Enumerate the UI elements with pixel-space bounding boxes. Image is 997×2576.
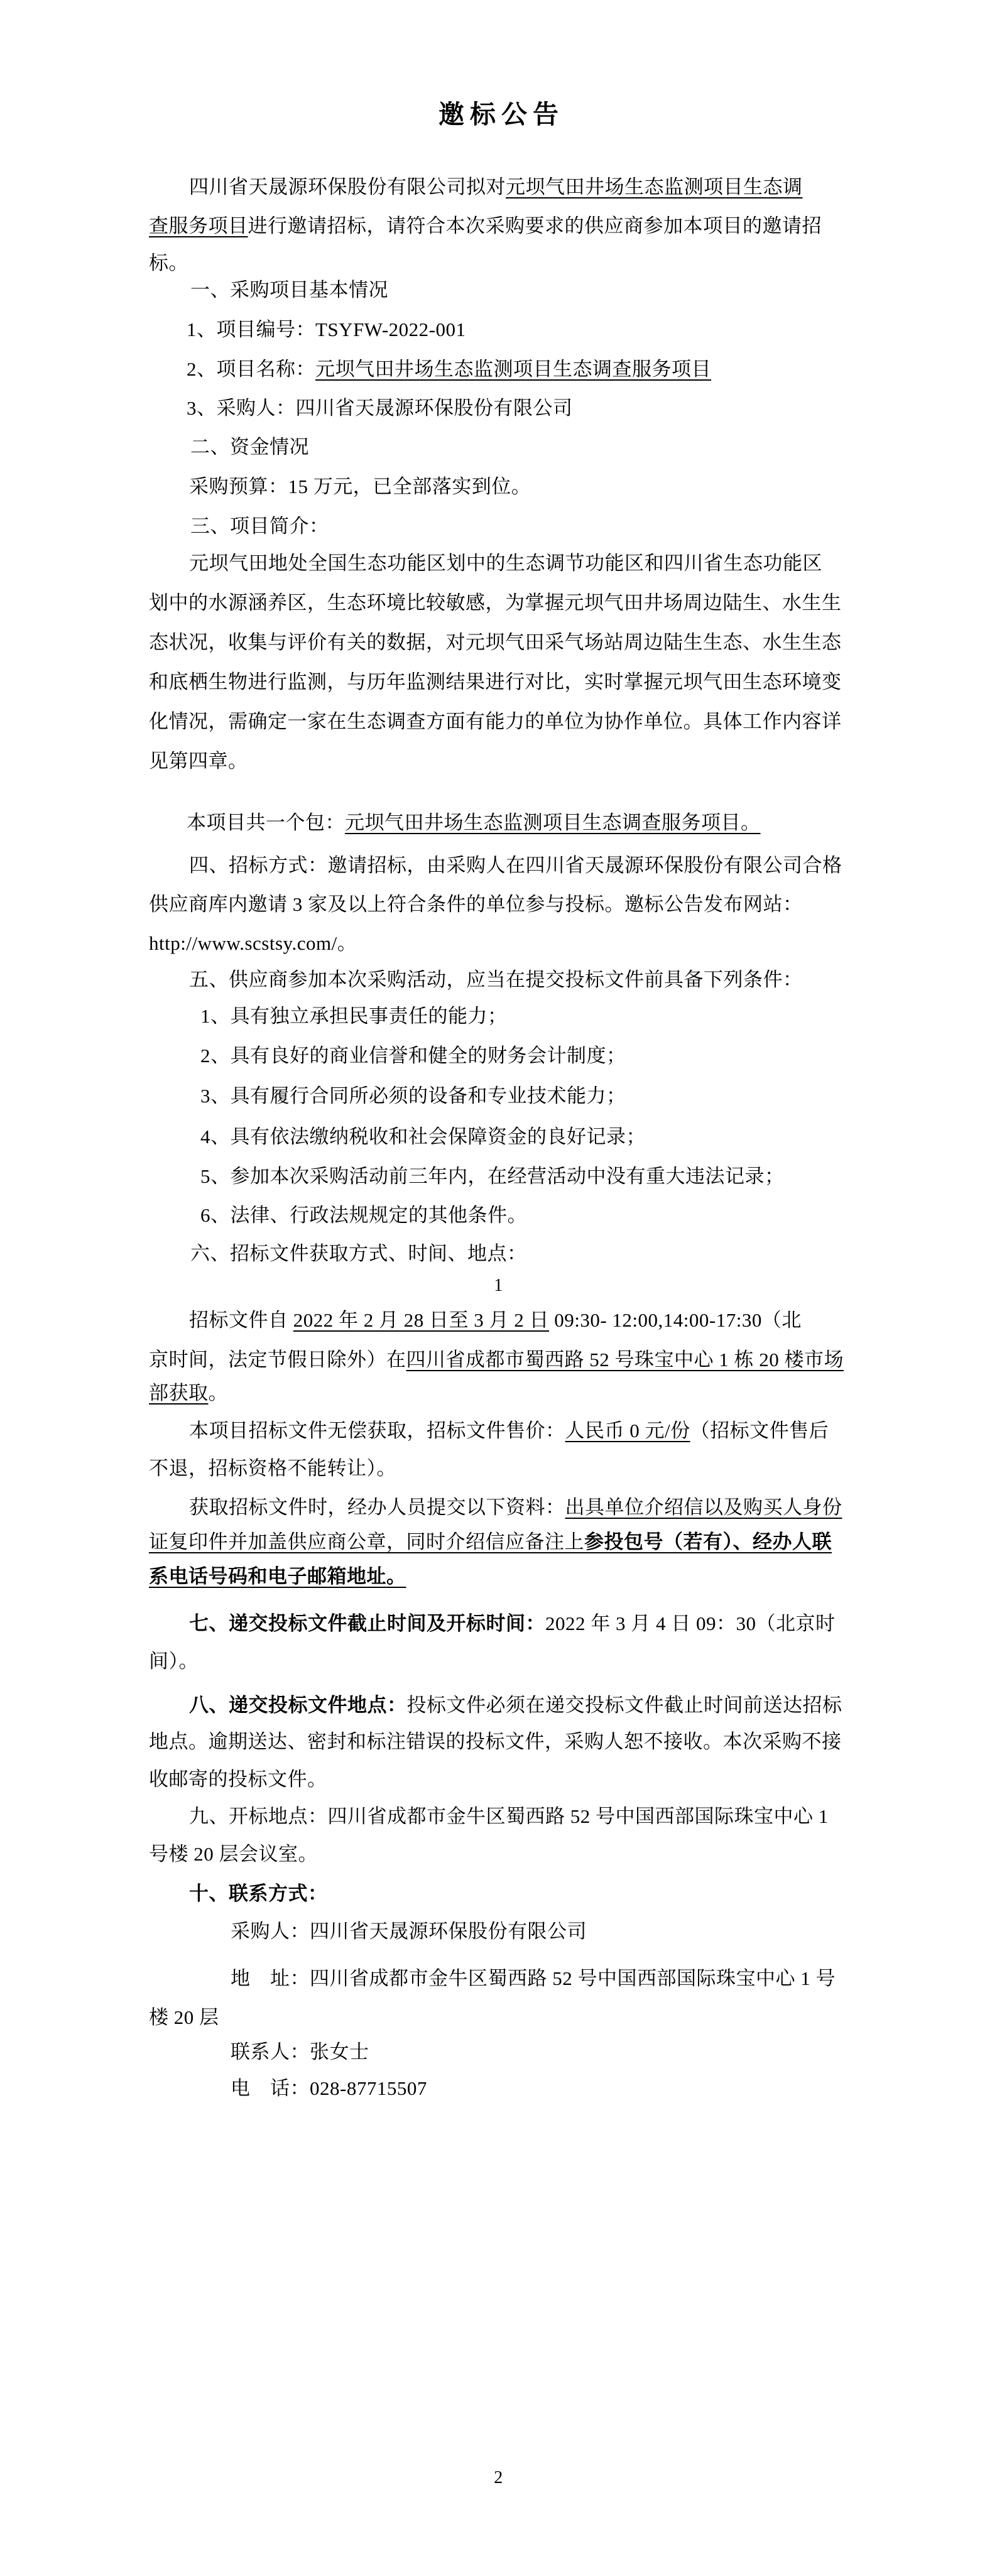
text-segment: 六、招标文件获取方式、时间、地点： [190, 1242, 527, 1264]
text-segment: 四川省天晟源环保股份有限公司拟对 [189, 176, 506, 198]
condition-item-3: 3、具有履行合同所必须的设备和专业技术能力； [149, 1083, 902, 1109]
section-heading-6: 六、招标文件获取方式、时间、地点： [149, 1241, 891, 1267]
item-purchaser: 3、采购人：四川省天晟源环保股份有限公司 [149, 395, 888, 421]
text-line-obtain-2: 京时间，法定节假日除外）在四川省成都市蜀西路 52 号珠宝中心 1 栋 20 楼… [149, 1347, 850, 1373]
text-line-materials-3: 系电话号码和电子邮箱地址。 [149, 1563, 850, 1590]
text-segment: 1 [494, 1276, 503, 1295]
text-segment: 投标文件必须在递交投标文件截止时间前送达招标 [407, 1694, 842, 1716]
text-line-brief-1: 元坝气田地处全国生态功能区划中的生态调节功能区和四川省生态功能区 [149, 550, 890, 577]
section-heading-1: 一、采购项目基本情况 [149, 277, 891, 303]
text-segment: 京时间，法定节假日除外）在 [149, 1349, 406, 1371]
text-segment: 3、采购人：四川省天晟源环保股份有限公司 [187, 397, 573, 419]
text-segment: 3、具有履行合同所必须的设备和专业技术能力； [200, 1085, 626, 1107]
text-segment: 地点。逾期送达、密封和标注错误的投标文件，采购人恕不接收。本次采购不接 [149, 1731, 842, 1753]
text-segment: 2022 年 3 月 4 日 09：30（北京时 [545, 1612, 836, 1634]
text-line-brief-4: 和底栖生物进行监测，与历年监测结果进行对比，实时掌握元坝气田生态环境变 [149, 669, 850, 695]
text-segment: 本项目招标文件无偿获取，招标文件售价： [189, 1420, 565, 1442]
section-heading-9: 九、开标地点：四川省成都市金牛区蜀西路 52 号中国西部国际珠宝中心 1 [149, 1803, 890, 1830]
text-segment: 楼 20 层 [149, 2006, 219, 2028]
text-line-materials-1: 获取招标文件时，经办人员提交以下资料：出具单位介绍信以及购买人身份 [149, 1494, 890, 1521]
text-segment-underlined: 四川省成都市蜀西路 52 号珠宝中心 1 栋 20 楼市场 [406, 1349, 844, 1371]
condition-item-2: 2、具有良好的商业信誉和健全的财务会计制度； [149, 1043, 902, 1069]
condition-item-5: 5、参加本次采购活动前三年内，在经营活动中没有重大违法记录； [149, 1163, 902, 1190]
text-segment: 间）。 [149, 1650, 199, 1672]
text-line-brief-2: 划中的水源涵养区，生态环境比较敏感，为掌握元坝气田井场周边陆生、水生生 [149, 590, 850, 616]
text-segment: 九、开标地点：四川省成都市金牛区蜀西路 52 号中国西部国际珠宝中心 1 [189, 1805, 829, 1827]
contact-purchaser: 采购人：四川省天晟源环保股份有限公司 [149, 1918, 932, 1945]
section-heading-4: 四、招标方式：邀请招标，由采购人在四川省天晟源环保股份有限公司合格 [149, 852, 890, 879]
text-segment: 2 [494, 2468, 503, 2487]
text-segment: （招标文件售后 [690, 1420, 829, 1442]
text-segment: 5、参加本次采购活动前三年内，在经营活动中没有重大违法记录； [200, 1165, 785, 1187]
page-title: 邀标公告 [0, 99, 997, 130]
text-segment: 采购预算：15 万元，已全部落实到位。 [189, 476, 531, 497]
section-heading-8: 八、递交投标文件地点：投标文件必须在递交投标文件截止时间前送达招标 [149, 1692, 890, 1719]
text-segment: 化情况，需确定一家在生态调查方面有能力的单位为协作单位。具体工作内容详 [149, 710, 842, 732]
contact-address-2: 楼 20 层 [149, 2004, 850, 2031]
text-line-materials-2: 证复印件并加盖供应商公章，同时介绍信应备注上参投包号（若有）、经办人联 [149, 1529, 850, 1555]
text-segment-bold-underlined: 系电话号码和电子邮箱地址。 [149, 1565, 406, 1587]
section-heading-3: 三、项目简介： [149, 513, 891, 540]
page-number-2: 2 [0, 2465, 997, 2491]
text-segment: 采购人：四川省天晟源环保股份有限公司 [231, 1920, 587, 1942]
text-segment: 划中的水源涵养区，生态环境比较敏感，为掌握元坝气田井场周边陆生、水生生 [149, 592, 842, 614]
text-segment: 五、供应商参加本次采购活动，应当在提交投标文件前具备下列条件： [189, 969, 803, 991]
item-project-number: 1、项目编号：TSYFW-2022-001 [149, 317, 888, 343]
text-segment: 电 话：028-87715507 [231, 2077, 427, 2099]
text-segment: 见第四章。 [149, 750, 248, 772]
text-segment: 招标文件自 [189, 1309, 293, 1331]
text-segment: 四、招标方式：邀请招标，由采购人在四川省天晟源环保股份有限公司合格 [189, 854, 842, 876]
text-segment-underlined: 人民币 0 元/份 [565, 1420, 690, 1442]
text-segment: 不退，招标资格不能转让）。 [149, 1457, 396, 1479]
text-line-budget: 采购预算：15 万元，已全部落实到位。 [149, 474, 890, 500]
text-line-submit-3: 收邮寄的投标文件。 [149, 1766, 850, 1793]
text-segment-underlined: 证复印件并加盖供应商公章，同时介绍信应备注上 [149, 1531, 584, 1553]
text-line-price-2: 不退，招标资格不能转让）。 [149, 1455, 850, 1482]
contact-person: 联系人：张女士 [149, 2039, 932, 2065]
condition-item-4: 4、具有依法缴纳税收和社会保障资金的良好记录； [149, 1124, 902, 1150]
contact-phone: 电 话：028-87715507 [149, 2075, 932, 2102]
document-page: 邀标公告 四川省天晟源环保股份有限公司拟对元坝气田井场生态监测项目生态调 查服务… [0, 0, 997, 2576]
text-segment: 元坝气田地处全国生态功能区划中的生态调节功能区和四川省生态功能区 [189, 552, 822, 574]
text-line-brief-3: 态状况，收集与评价有关的数据，对元坝气田采气场站周边陆生生态、水生生态 [149, 629, 850, 656]
text-segment: 三、项目简介： [190, 515, 329, 537]
text-segment: 09:30- 12:00,14:00-17:30（北 [549, 1309, 802, 1331]
text-line-obtain-1: 招标文件自 2022 年 2 月 28 日至 3 月 2 日 09:30- 12… [149, 1307, 890, 1334]
text-segment-underlined: 部获取 [149, 1382, 209, 1404]
text-segment: 和底栖生物进行监测，与历年监测结果进行对比，实时掌握元坝气田生态环境变 [149, 671, 842, 693]
text-segment: 获取招标文件时，经办人员提交以下资料： [189, 1496, 565, 1518]
text-segment: 供应商库内邀请 3 家及以上符合条件的单位参与投标。邀标公告发布网站： [149, 893, 803, 915]
text-segment-underlined: 2022 年 2 月 28 日至 3 月 2 日 [293, 1309, 549, 1331]
text-line-brief-5: 化情况，需确定一家在生态调查方面有能力的单位为协作单位。具体工作内容详 [149, 709, 850, 735]
contact-address-1: 地 址：四川省成都市金牛区蜀西路 52 号中国西部国际珠宝中心 1 号 [149, 1965, 932, 1992]
section-heading-2: 二、资金情况 [149, 434, 891, 460]
page-number-1: 1 [0, 1273, 997, 1299]
text-line-brief-6: 见第四章。 [149, 748, 850, 774]
section-heading-7: 七、递交投标文件截止时间及开标时间：2022 年 3 月 4 日 09：30（北… [149, 1611, 890, 1637]
text-segment: 本项目共一个包： [187, 812, 345, 834]
text-line-package: 本项目共一个包：元坝气田井场生态监测项目生态调查服务项目。 [149, 810, 888, 836]
text-line-method-2: 供应商库内邀请 3 家及以上符合条件的单位参与投标。邀标公告发布网站： [149, 891, 850, 918]
text-segment-bold: 八、递交投标文件地点： [189, 1694, 407, 1716]
text-segment-bold-underlined: 参投包号（若有）、经办人联 [584, 1531, 832, 1553]
item-project-name: 2、项目名称：元坝气田井场生态监测项目生态调查服务项目 [149, 356, 888, 383]
text-line-openbid-2: 号楼 20 层会议室。 [149, 1841, 850, 1867]
text-line-intro-2: 查服务项目进行邀请招标，请符合本次采购要求的供应商参加本项目的邀请招 [149, 213, 850, 239]
section-heading-10: 十、联系方式： [149, 1881, 890, 1907]
text-segment-underlined: 元坝气田井场生态监测项目生态调查服务项目。 [345, 812, 761, 834]
text-segment-bold: 十、联系方式： [189, 1883, 328, 1905]
text-segment: 4、具有依法缴纳税收和社会保障资金的良好记录； [200, 1126, 646, 1148]
text-segment: 。 [209, 1382, 229, 1404]
text-line-price-1: 本项目招标文件无偿获取，招标文件售价：人民币 0 元/份（招标文件售后 [149, 1418, 890, 1444]
text-line-submit-2: 地点。逾期送达、密封和标注错误的投标文件，采购人恕不接收。本次采购不接 [149, 1729, 850, 1755]
text-segment: 联系人：张女士 [231, 2041, 369, 2063]
text-line-intro-1: 四川省天晟源环保股份有限公司拟对元坝气田井场生态监测项目生态调 [149, 174, 890, 200]
text-segment: 1、具有独立承担民事责任的能力； [200, 1005, 508, 1027]
text-segment-underlined: 元坝气田井场生态监测项目生态调查服务项目 [315, 358, 711, 380]
text-segment-underlined: 出具单位介绍信以及购买人身份 [565, 1496, 842, 1518]
text-segment: 2、项目名称： [187, 358, 315, 380]
text-segment: http://www.scstsy.com/。 [149, 932, 357, 954]
text-segment: 号楼 20 层会议室。 [149, 1843, 318, 1865]
text-line-deadline-2: 间）。 [149, 1648, 850, 1675]
text-segment: 进行邀请招标，请符合本次采购要求的供应商参加本项目的邀请招 [248, 215, 822, 237]
text-segment: 收邮寄的投标文件。 [149, 1768, 327, 1790]
text-segment-underlined: 查服务项目 [149, 215, 248, 237]
text-segment-bold: 七、递交投标文件截止时间及开标时间： [189, 1612, 545, 1634]
text-segment: 1、项目编号：TSYFW-2022-001 [187, 318, 466, 340]
text-segment: 一、采购项目基本情况 [190, 279, 388, 301]
text-line-intro-3: 标。 [149, 250, 850, 276]
text-segment: 二、资金情况 [190, 436, 309, 458]
text-segment: 地 址：四川省成都市金牛区蜀西路 52 号中国西部国际珠宝中心 1 号 [231, 1967, 836, 1989]
text-segment: 态状况，收集与评价有关的数据，对元坝气田采气场站周边陆生生态、水生生态 [149, 631, 842, 653]
text-line-obtain-3: 部获取。 [149, 1380, 850, 1406]
section-heading-5: 五、供应商参加本次采购活动，应当在提交投标文件前具备下列条件： [149, 967, 890, 993]
text-segment-underlined: 元坝气田井场生态监测项目生态调 [506, 176, 803, 198]
text-line-website-url: http://www.scstsy.com/。 [149, 930, 850, 957]
condition-item-1: 1、具有独立承担民事责任的能力； [149, 1003, 902, 1030]
text-segment: 2、具有良好的商业信誉和健全的财务会计制度； [200, 1045, 626, 1067]
text-segment: 6、法律、行政法规规定的其他条件。 [200, 1204, 527, 1226]
text-segment: 标。 [149, 252, 188, 274]
condition-item-6: 6、法律、行政法规规定的其他条件。 [149, 1202, 902, 1229]
